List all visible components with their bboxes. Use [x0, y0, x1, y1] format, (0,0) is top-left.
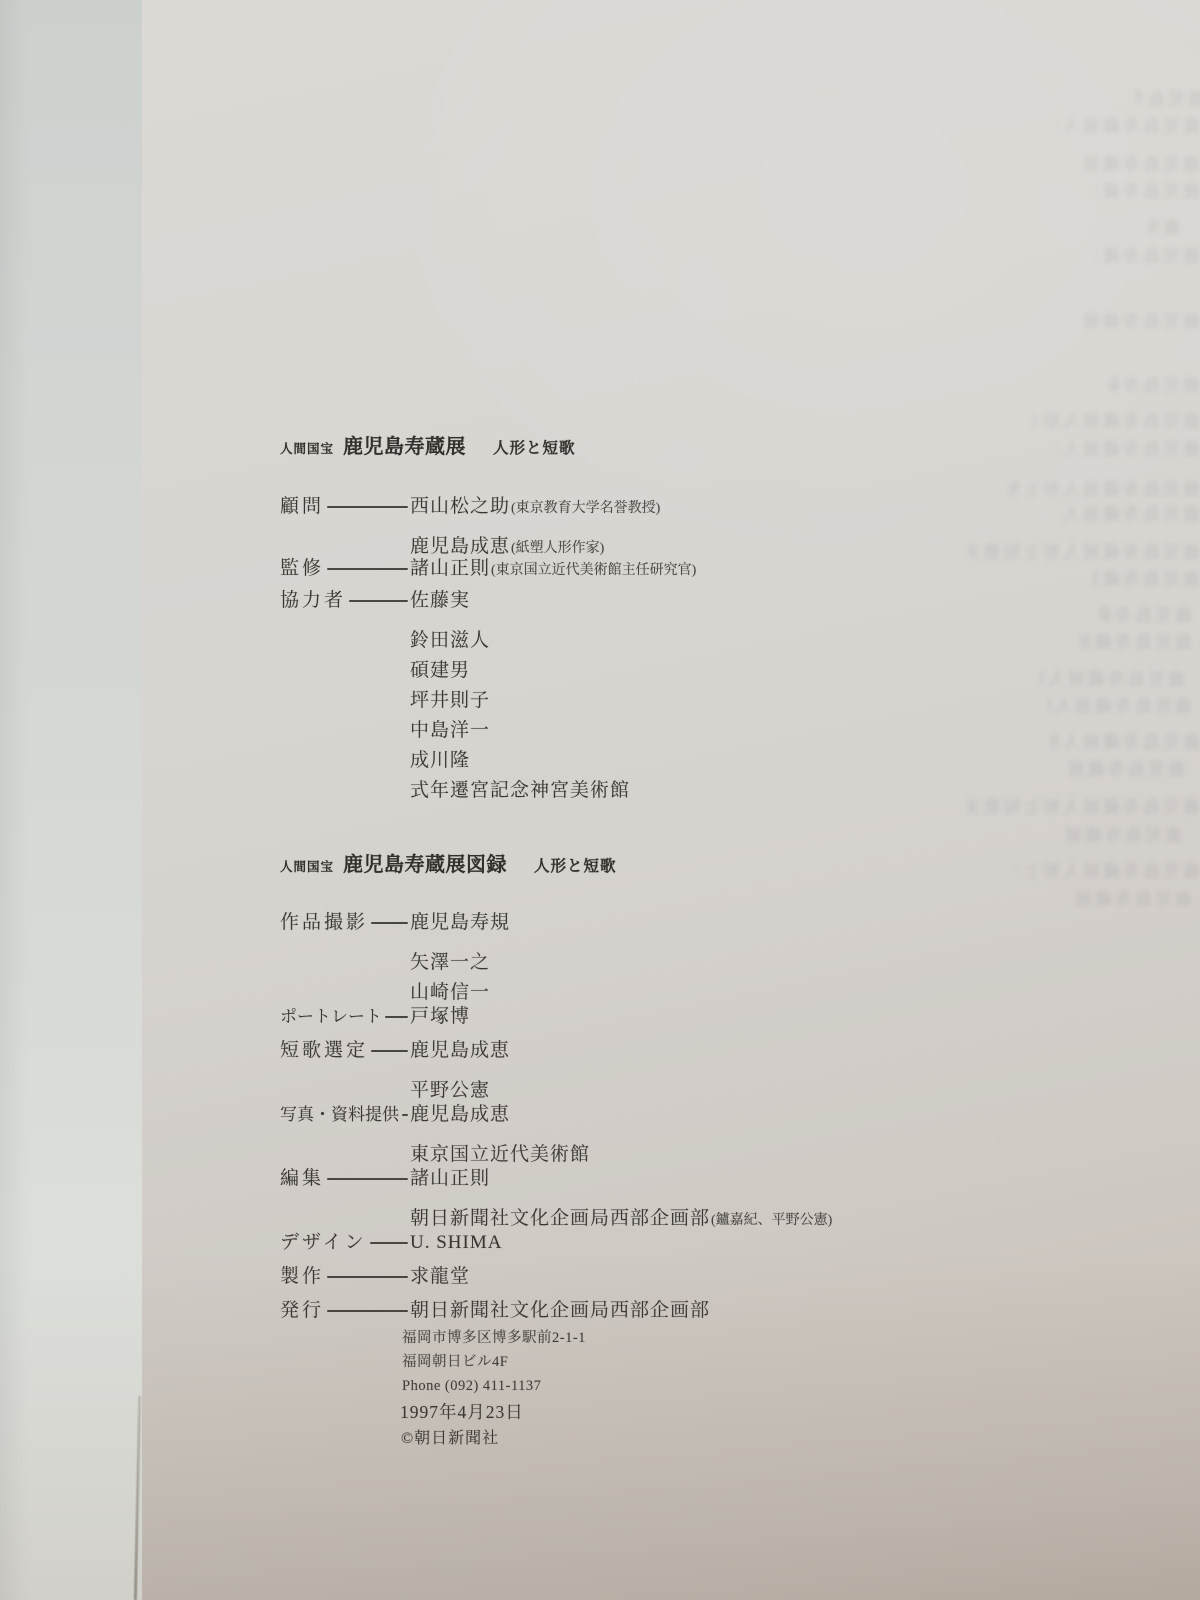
credit-value: U. SHIMA [410, 1228, 502, 1258]
exhibition-title: 人間国宝 鹿児島寿蔵展 人形と短歌 [280, 430, 576, 459]
leader-dash-line [327, 1178, 408, 1180]
credit-indent [280, 1130, 410, 1160]
credit-row: 鹿児島成恵(紙塑人形作家) [280, 522, 1000, 552]
credit-value: 西山松之助 [410, 492, 510, 522]
leader-dash-line [327, 1276, 408, 1278]
credit-label: 短歌選定 [280, 1036, 368, 1066]
credit-label: 製作 [280, 1262, 324, 1292]
credit-value: 戸塚博 [410, 1002, 470, 1032]
credit-group: ポートレート戸塚博 [280, 1002, 1000, 1032]
credit-group: 顧問西山松之助(東京教育大学名誉教授)鹿児島成恵(紙塑人形作家) [280, 492, 1000, 552]
credit-row: 坪井則子 [280, 676, 1000, 706]
leader-dash-line [402, 1114, 408, 1116]
title-main: 鹿児島寿蔵展図録 [343, 848, 507, 877]
credit-value: 成川隆 [410, 746, 470, 776]
credit-label: 協力者 [280, 586, 346, 616]
publisher-address-line: Phone (092) 411-1137 [280, 1374, 1000, 1398]
credit-value: 鹿児島成恵 [410, 1036, 510, 1066]
exhibition-credits-list: 顧問西山松之助(東京教育大学名誉教授)鹿児島成恵(紙塑人形作家)監修諸山正則(東… [280, 492, 1000, 798]
credit-label-cell: 顧問 [280, 492, 410, 522]
credit-row: 写真・資料提供鹿児島成恵 [280, 1100, 1000, 1130]
credit-group: 協力者佐藤実鈴田滋人碩建男坪井則子中島洋一成川隆式年遷宮記念神宮美術館 [280, 586, 1000, 796]
credit-value: 式年遷宮記念神宮美術館 [410, 776, 630, 806]
credit-indent [280, 938, 410, 968]
title-prefix: 人間国宝 [280, 857, 334, 875]
leader-dash-line [371, 922, 408, 924]
credit-row: 作品撮影鹿児島寿規 [280, 908, 1000, 938]
publication-date: 1997年4月23日 [280, 1398, 1000, 1426]
credit-label: 編集 [280, 1164, 324, 1194]
credit-row: 発行朝日新聞社文化企画局西部企画部 [280, 1296, 1000, 1326]
title-subtitle: 人形と短歌 [534, 854, 617, 876]
title-subtitle: 人形と短歌 [493, 436, 576, 458]
credit-label: 監修 [280, 554, 324, 584]
credit-value: 碩建男 [410, 656, 470, 686]
credit-label-cell: 協力者 [280, 586, 410, 616]
credit-value: 坪井則子 [410, 686, 490, 716]
credit-label-cell: 編集 [280, 1164, 410, 1194]
credit-indent [280, 1066, 410, 1096]
credit-row: 監修諸山正則(東京国立近代美術館主任研究官) [280, 554, 1000, 584]
credit-note: (東京教育大学名誉教授) [511, 494, 660, 524]
credit-group: 編集諸山正則朝日新聞社文化企画局西部企画部(鑪嘉紀、平野公憲) [280, 1164, 1000, 1224]
catalog-credits-list: 作品撮影鹿児島寿規矢澤一之山崎信一ポートレート戸塚博短歌選定鹿児島成恵平野公憲写… [280, 908, 1000, 1456]
credit-indent [280, 646, 410, 676]
leader-dash-line [349, 600, 408, 602]
publisher-address-line: 福岡市博多区博多駅前2-1-1 [280, 1326, 1000, 1350]
leader-dash-line [327, 1310, 408, 1312]
credit-note: (鑪嘉紀、平野公憲) [711, 1206, 832, 1236]
leader-dash-line [327, 568, 408, 570]
credit-label-cell: ポートレート [280, 1002, 410, 1032]
credit-group: 写真・資料提供鹿児島成恵東京国立近代美術館 [280, 1100, 1000, 1160]
credit-row: 平野公憲 [280, 1066, 1000, 1096]
title-prefix: 人間国宝 [280, 439, 334, 457]
credit-label-cell: 作品撮影 [280, 908, 410, 938]
credit-row: 式年遷宮記念神宮美術館 [280, 766, 1000, 796]
leader-dash-line [370, 1242, 408, 1244]
credit-label: 写真・資料提供 [280, 1100, 399, 1130]
credit-value: 諸山正則 [410, 554, 490, 584]
credit-label-cell: 監修 [280, 554, 410, 584]
credit-label-cell: 発行 [280, 1296, 410, 1326]
credit-label-cell: 写真・資料提供 [280, 1100, 410, 1130]
credit-row: 編集諸山正則 [280, 1164, 1000, 1194]
credit-value: 求龍堂 [410, 1262, 470, 1292]
credit-indent [280, 616, 410, 646]
credit-label: 作品撮影 [280, 908, 368, 938]
credit-row: ポートレート戸塚博 [280, 1002, 1000, 1032]
credit-note: (東京国立近代美術館主任研究官) [491, 556, 696, 586]
book-colophon-photo: 鹿児島寿蔵展人形と短歌美術館記念神宮遷宮式年録図蔵寿島児鹿鹿児島寿蔵展人形と短歌… [0, 0, 1200, 1600]
catalog-title: 人間国宝 鹿児島寿蔵展図録 人形と短歌 [280, 848, 617, 877]
credit-group: 製作求龍堂 [280, 1262, 1000, 1292]
credit-row: 碩建男 [280, 646, 1000, 676]
credit-row: 山崎信一 [280, 968, 1000, 998]
credit-label: ポートレート [280, 1002, 382, 1032]
title-main: 鹿児島寿蔵展 [343, 430, 466, 459]
credit-row: 鈴田滋人 [280, 616, 1000, 646]
credit-value: 鹿児島成恵 [410, 1100, 510, 1130]
credit-indent [280, 1194, 410, 1224]
credit-value: 朝日新聞社文化企画局西部企画部 [410, 1296, 710, 1326]
credit-label: 発行 [280, 1296, 324, 1326]
credit-row: 矢澤一之 [280, 938, 1000, 968]
credit-value: 諸山正則 [410, 1164, 490, 1194]
credit-indent [280, 968, 410, 998]
publisher-address-line: 福岡朝日ビル4F [280, 1350, 1000, 1374]
credit-indent [280, 736, 410, 766]
credit-label: デザイン [280, 1228, 367, 1258]
leader-dash-line [327, 506, 408, 508]
credit-label-cell: デザイン [280, 1228, 410, 1258]
copyright-notice: ©朝日新聞社 [280, 1426, 1000, 1452]
credit-row: 朝日新聞社文化企画局西部企画部(鑪嘉紀、平野公憲) [280, 1194, 1000, 1224]
credit-indent [280, 766, 410, 796]
leader-dash-line [385, 1016, 408, 1018]
credit-row: 東京国立近代美術館 [280, 1130, 1000, 1160]
credit-group: 監修諸山正則(東京国立近代美術館主任研究官) [280, 554, 1000, 584]
credit-group: 作品撮影鹿児島寿規矢澤一之山崎信一 [280, 908, 1000, 998]
credit-row: 中島洋一 [280, 706, 1000, 736]
credit-value: 中島洋一 [410, 716, 490, 746]
credit-row: 製作求龍堂 [280, 1262, 1000, 1292]
credit-indent [280, 522, 410, 552]
credit-label-cell: 短歌選定 [280, 1036, 410, 1066]
printed-content: 人間国宝 鹿児島寿蔵展 人形と短歌 顧問西山松之助(東京教育大学名誉教授)鹿児島… [0, 0, 1200, 1600]
credit-row: 短歌選定鹿児島成恵 [280, 1036, 1000, 1066]
credit-value: 矢澤一之 [410, 948, 490, 978]
credit-label-cell: 製作 [280, 1262, 410, 1292]
credit-row: 協力者佐藤実 [280, 586, 1000, 616]
credit-label: 顧問 [280, 492, 324, 522]
credit-group: 発行朝日新聞社文化企画局西部企画部福岡市博多区博多駅前2-1-1福岡朝日ビル4F… [280, 1296, 1000, 1452]
credit-indent [280, 676, 410, 706]
credit-indent [280, 706, 410, 736]
credit-value: 鹿児島寿規 [410, 908, 510, 938]
credit-value: 佐藤実 [410, 586, 470, 616]
leader-dash-line [371, 1050, 408, 1052]
credit-value: 鈴田滋人 [410, 626, 490, 656]
credit-row: 顧問西山松之助(東京教育大学名誉教授) [280, 492, 1000, 522]
credit-row: 成川隆 [280, 736, 1000, 766]
credit-group: 短歌選定鹿児島成恵平野公憲 [280, 1036, 1000, 1096]
